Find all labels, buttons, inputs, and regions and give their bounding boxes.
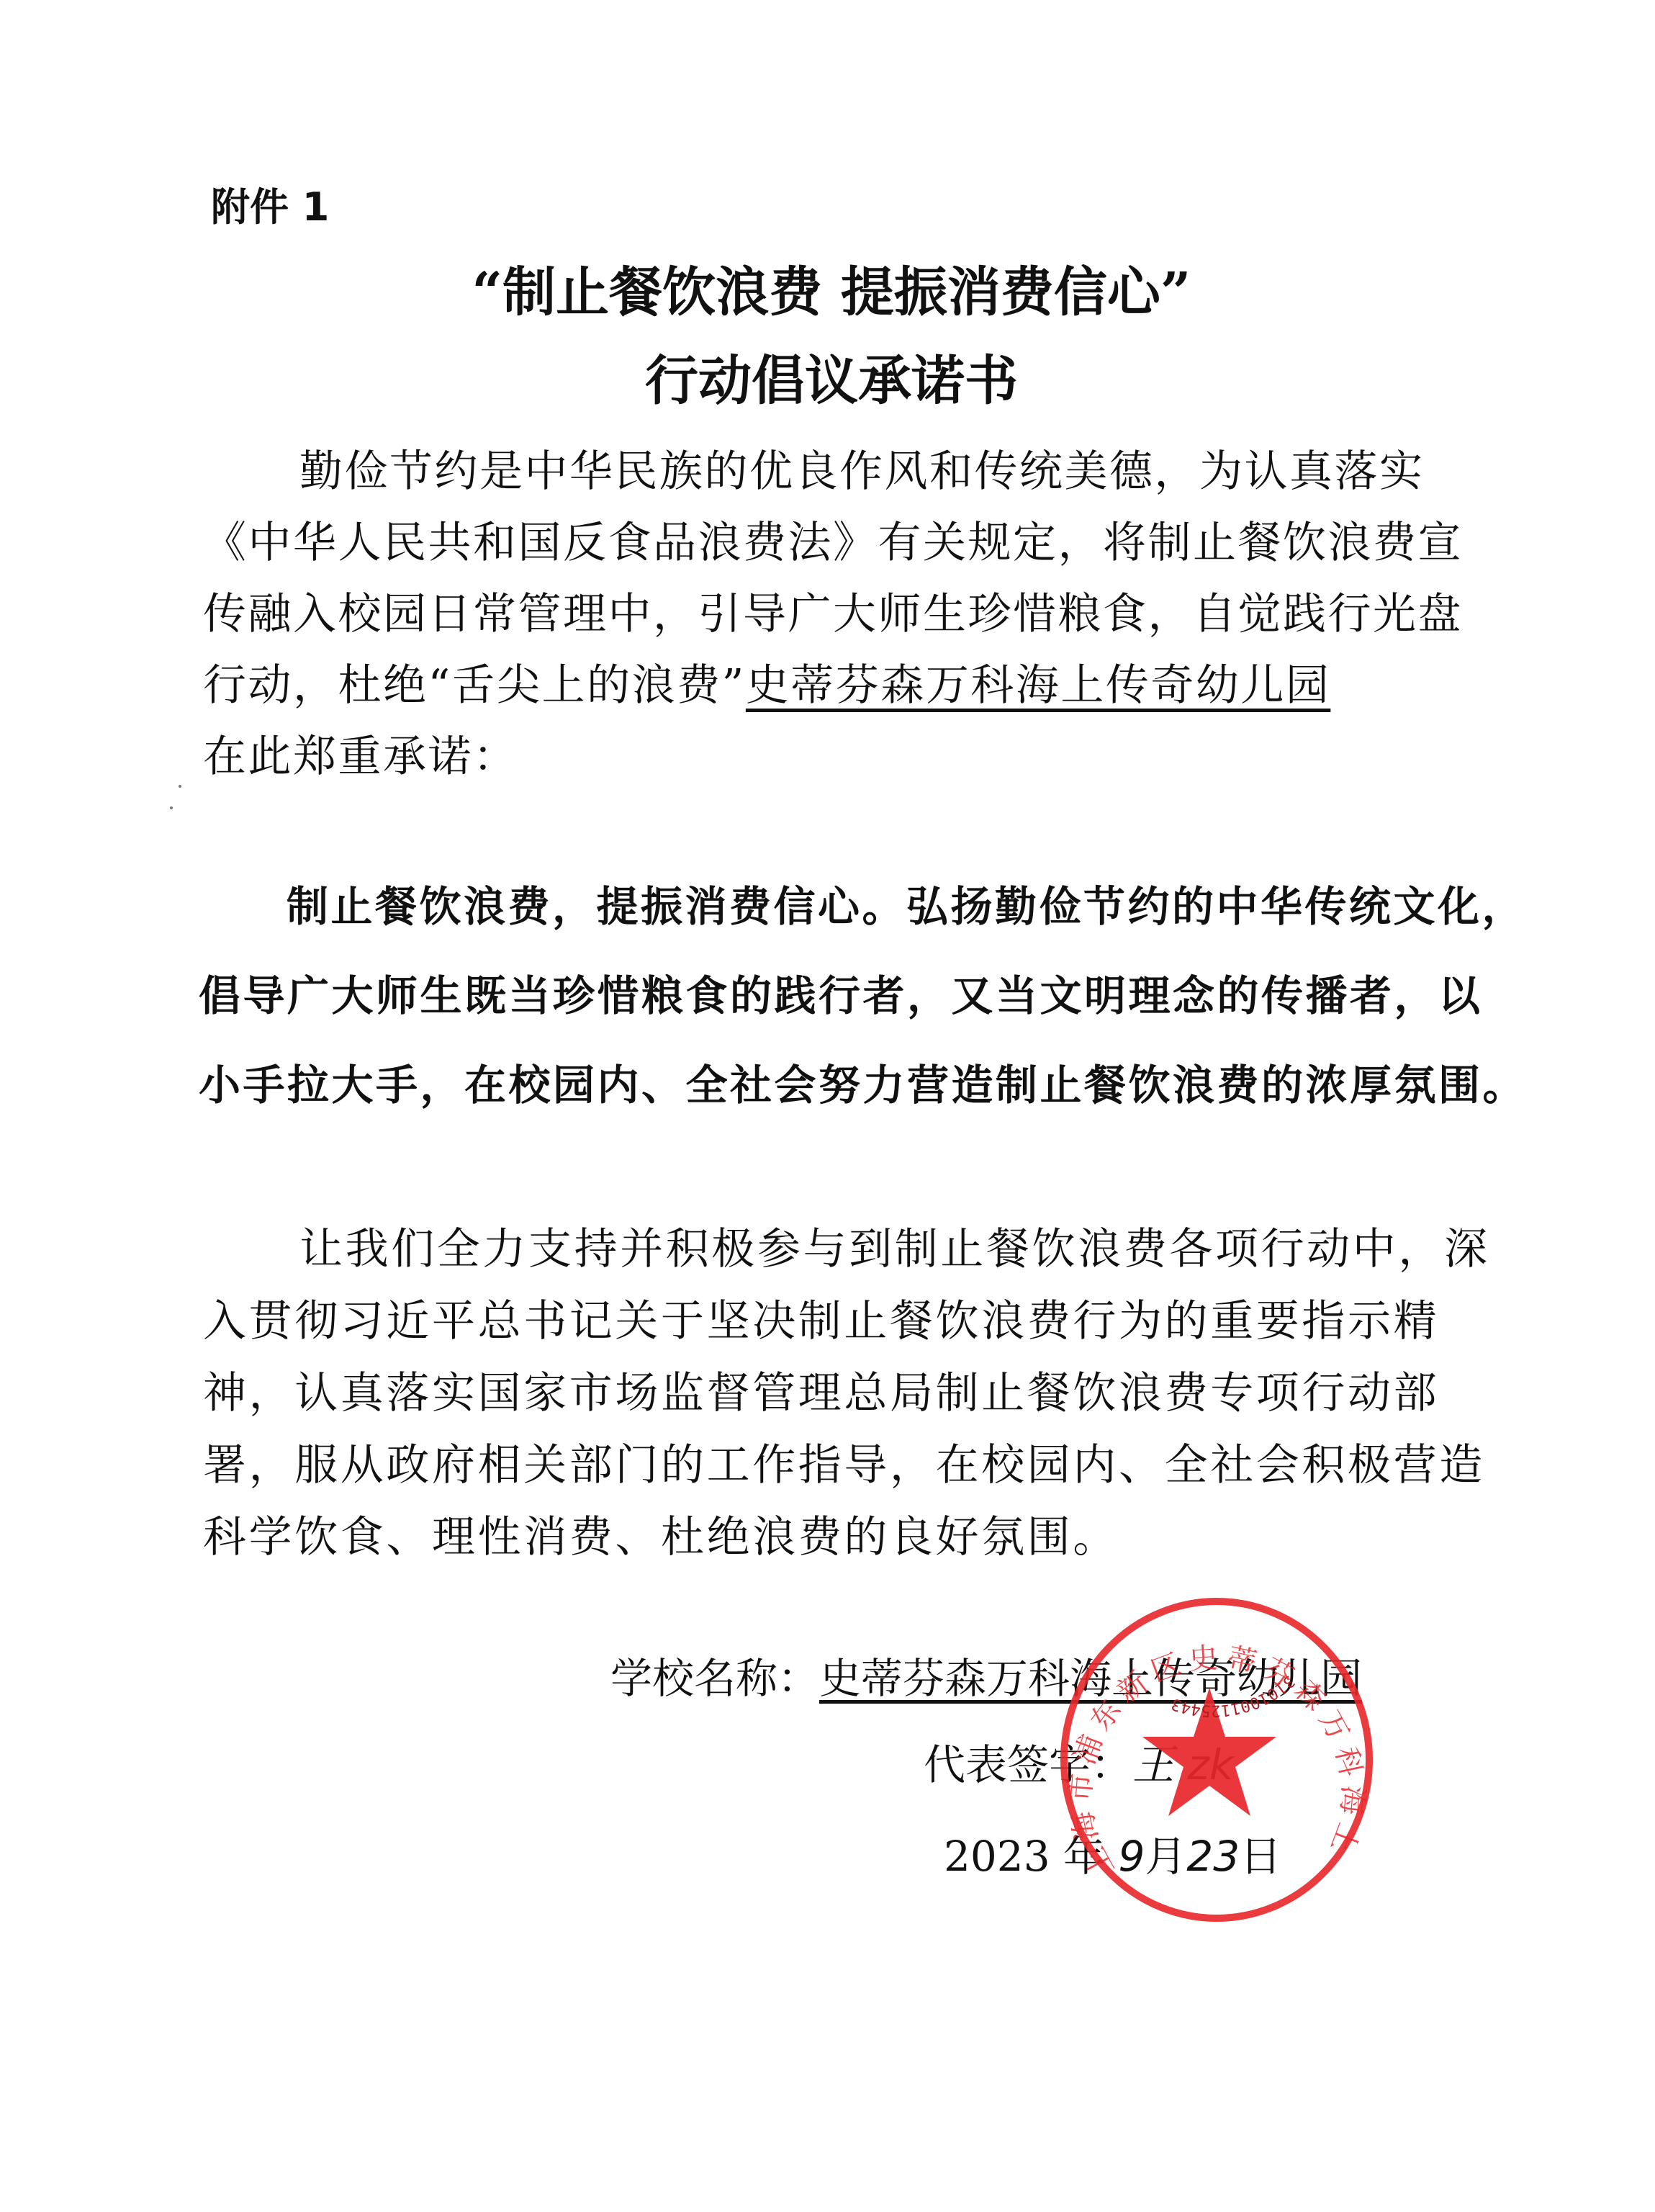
paragraph-line: 让我们全力支持并积极参与到制止餐饮浪费各项行动中，深: [203, 1224, 1456, 1296]
date-year: 2023 年: [944, 1832, 1105, 1881]
paragraph-line: 行动，杜绝“舌尖上的浪费”史蒂芬森万科海上传奇幼儿园: [203, 660, 1456, 732]
document-title-line2: 行动倡议承诺书: [0, 352, 1655, 410]
representative-signature-row: 代表签字：王 zk: [924, 1741, 1234, 1789]
paragraph-line: 小手拉大手，在校园内、全社会努力营造制止餐饮浪费的浓厚氛围。: [199, 1060, 1451, 1149]
date-month-handwritten: 9: [1118, 1832, 1145, 1881]
paragraph-commitment-bold: 制止餐饮浪费，提振消费信心。弘扬勤俭节约的中华传统文化， 倡导广大师生既当珍惜粮…: [199, 881, 1451, 1149]
paragraph-line: 《中华人民共和国反食品浪费法》有关规定，将制止餐饮浪费宣: [203, 518, 1456, 589]
paragraph-line: 神，认真落实国家市场监督管理总局制止餐饮浪费专项行动部: [203, 1368, 1456, 1440]
paragraph-line: 传融入校园日常管理中，引导广大师生珍惜粮食，自觉践行光盘: [203, 589, 1456, 660]
school-name-value: 史蒂芬森万科海上传奇幼儿园: [819, 1654, 1362, 1703]
scan-speck: [179, 785, 181, 788]
paragraph-line: 制止餐饮浪费，提振消费信心。弘扬勤俭节约的中华传统文化，: [199, 881, 1451, 971]
paragraph-line-text: 行动，杜绝“舌尖上的浪费”: [203, 660, 746, 711]
date-day-handwritten: 23: [1186, 1832, 1240, 1881]
school-name-row: 学校名称：史蒂芬森万科海上传奇幼儿园: [610, 1655, 1362, 1702]
date-month-label: 月: [1145, 1832, 1186, 1881]
paragraph-line: 勤俭节约是中华民族的优良作风和传统美德，为认真落实: [203, 446, 1456, 518]
date-row: 2023 年 9月23日: [944, 1833, 1281, 1880]
attachment-label: 附件 1: [211, 186, 329, 229]
paragraph-intro: 勤俭节约是中华民族的优良作风和传统美德，为认真落实 《中华人民共和国反食品浪费法…: [203, 446, 1456, 803]
handwritten-signature: 王 zk: [1132, 1740, 1233, 1789]
school-name-underlined: 史蒂芬森万科海上传奇幼儿园: [746, 660, 1331, 711]
school-name-label: 学校名称：: [610, 1654, 819, 1703]
document-title-line1: “制止餐饮浪费 提振消费信心”: [0, 264, 1655, 321]
paragraph-line: 入贯彻习近平总书记关于坚决制止餐饮浪费行为的重要指示精: [203, 1296, 1456, 1368]
paragraph-line: 科学饮食、理性消费、杜绝浪费的良好氛围。: [203, 1512, 1456, 1584]
representative-label: 代表签字：: [924, 1740, 1132, 1789]
scan-speck: [170, 806, 173, 809]
paragraph-line: 倡导广大师生既当珍惜粮食的践行者，又当文明理念的传播者，以: [199, 971, 1451, 1060]
paragraph-line: 署，服从政府相关部门的工作指导，在校园内、全社会积极营造: [203, 1440, 1456, 1512]
paragraph-closing: 让我们全力支持并积极参与到制止餐饮浪费各项行动中，深 入贯彻习近平总书记关于坚决…: [203, 1224, 1456, 1584]
date-day-label: 日: [1240, 1832, 1281, 1881]
paragraph-line: 在此郑重承诺：: [203, 732, 1456, 803]
